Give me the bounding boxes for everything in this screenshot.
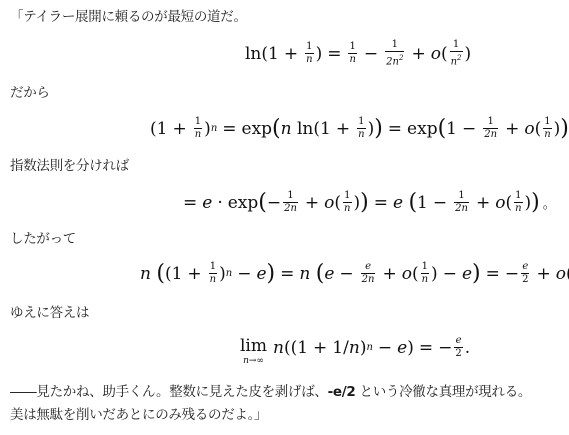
little-o: o [556,264,566,284]
equation-difference: n ((1+1n)n−e)=n (e−e2n+o(1n)−e)=−e2+o(1)… [140,262,569,285]
denominator: 2n2 [385,51,404,67]
numerator: e [521,262,529,273]
den-text: 2n [386,56,399,67]
denominator: 2n [283,202,298,214]
eq-var: e [202,193,212,213]
denominator: n [343,202,351,214]
denominator: 2n [483,128,498,140]
fraction: 1n [343,191,351,214]
eq-text: 1 [157,119,168,139]
equation-limit: limn→∞n((1+1/n)n−e)=−e2. [240,336,470,366]
eq-var: n [273,338,284,358]
eq-var: e [397,338,407,358]
denominator: n [543,128,551,140]
eq-text: 1 [446,119,457,139]
numerator: 1 [514,191,522,202]
paragraph-closing: 美は無駄を削いだあとにのみ残るのだよ。」 [10,406,267,424]
fraction: e2n [361,262,376,285]
fraction: 1n [348,42,356,65]
eq-text: 1 [320,119,331,139]
paragraph-dakara: だから [10,84,50,102]
fraction: e2 [454,336,462,359]
eq-var: e [256,264,266,284]
eq-exp: exp [407,119,438,139]
numerator: 1 [357,117,365,128]
eq-text: 1 [268,44,279,64]
paragraph-answer: ゆえに答えは [10,304,89,322]
numerator: 1 [305,42,313,53]
paragraph-conclusion: ――見たかね、助手くん。整数に見えた皮を剥げば、-e/2 という冷徹な真理が現れ… [10,383,531,401]
eq-var: n [140,264,151,284]
numerator: 1 [391,40,399,51]
limit-body: n((1+1/n)n−e)=−e2. [273,336,470,359]
eq-ln: ln [297,119,313,139]
fraction: 1n [514,191,522,214]
numerator: 1 [286,191,294,202]
little-o: o [324,193,334,213]
numerator: 1 [457,191,465,202]
conclusion-text: という冷徹な真理が現れる。 [356,384,532,400]
equation-ln-expansion: ln(1+1n)=1n−12n2+o(1n2) [245,40,471,67]
denominator: n [348,53,356,65]
fraction: 12n [283,191,298,214]
lim-text: lim [240,336,267,356]
denominator: 2 [454,347,462,359]
fraction: 1n [421,262,429,285]
denominator: n [514,202,522,214]
eq-var: n [349,338,360,358]
eq-var: n [281,119,292,139]
eq-text: 1 [417,193,428,213]
eq-text: 1 [297,338,308,358]
lim-subscript: n→∞ [243,357,264,366]
denominator: n [305,53,313,65]
eq-var: e [462,264,472,284]
eq-text: 1 [332,338,343,358]
equation-e-factor: =e·exp(−12n+o(1n))=e (1−12n+o(1n))。 [183,191,556,214]
exponent: 2 [399,54,403,62]
little-o: o [402,264,412,284]
exponent: n [211,123,217,134]
numerator: 1 [543,117,551,128]
period: . [465,338,470,358]
denominator: 2 [521,273,529,285]
limit-operator: limn→∞ [240,336,267,366]
eq-var: n [299,264,310,284]
eq-text: 1 [172,264,183,284]
denominator: n [421,273,429,285]
numerator: 1 [348,42,356,53]
conclusion-text: ――見たかね、助手くん。整数に見えた皮を剥げば、 [10,384,328,400]
eq-exp: exp [228,193,259,213]
fraction: 1n2 [450,40,463,67]
little-o: o [431,44,441,64]
emphasis-result: -e/2 [328,384,356,400]
numerator: 1 [343,191,351,202]
little-o: o [495,193,505,213]
numerator: 1 [209,262,217,273]
exponent: n [366,342,372,353]
numerator: e [364,262,372,273]
denominator: n [357,128,365,140]
eq-var: e [393,193,403,213]
denominator: 2n [454,202,469,214]
fraction: 1n [305,42,313,65]
end-mark: 。 [543,193,556,212]
eq-var: e [324,264,334,284]
paragraph-exponent-rule: 指数法則を分ければ [10,157,129,175]
fraction: 1n [357,117,365,140]
exponent: 2 [457,54,461,62]
numerator: 1 [452,40,460,51]
denominator: n [209,273,217,285]
fraction: 12n2 [385,40,404,67]
fraction: e2 [521,262,529,285]
numerator: 1 [486,117,494,128]
exponent: n [226,268,232,279]
equation-power-exp: (1+1n)n=exp(n ln(1+1n))=exp(1−12n+o(1n))… [150,117,569,140]
denominator: 2n [361,273,376,285]
paragraph-intro: 「テイラー展開に頼るのが最短の道だ。 [10,8,247,26]
numerator: 1 [194,117,202,128]
paragraph-therefore: したがって [10,230,76,248]
fraction: 1n [209,262,217,285]
little-o: o [524,119,534,139]
eq-exp: exp [242,119,273,139]
denominator: n [194,128,202,140]
denominator: n2 [450,51,463,67]
fraction: 12n [483,117,498,140]
numerator: e [455,336,463,347]
fraction: 12n [454,191,469,214]
numerator: 1 [421,262,429,273]
eq-ln: ln [245,44,261,64]
fraction: 1n [194,117,202,140]
fraction: 1n [543,117,551,140]
